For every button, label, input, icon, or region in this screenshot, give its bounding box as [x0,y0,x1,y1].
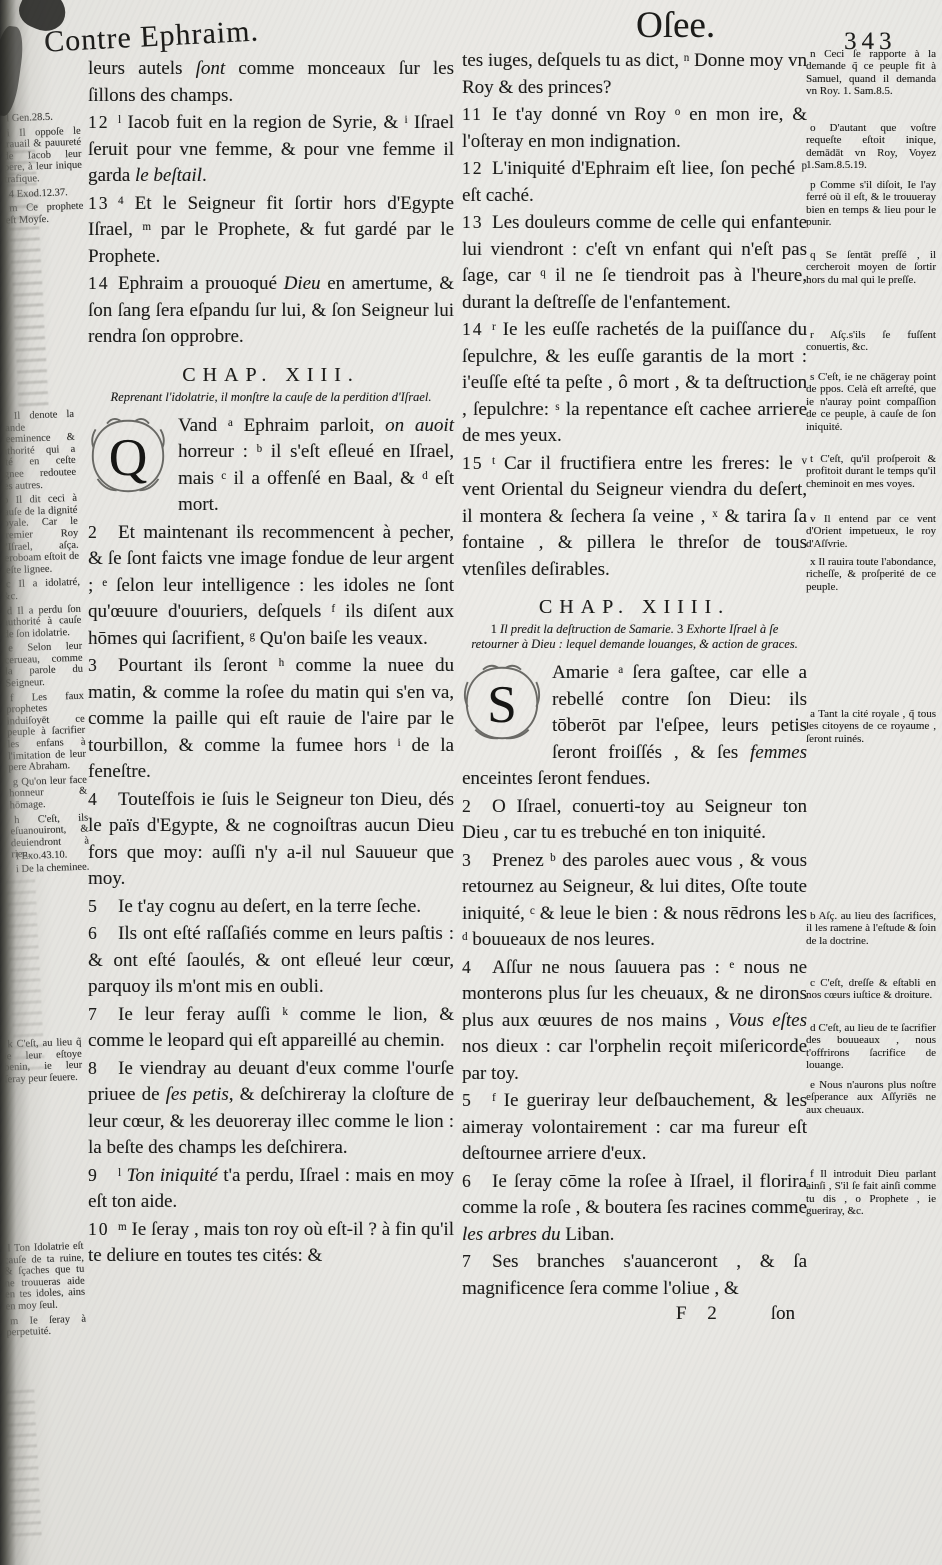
verse-number: 2 [88,519,118,546]
margin-note-e: e Selon leur cerueau, comme la parole du… [4,641,84,690]
signature-mark: F 2 [676,1303,725,1325]
verse-number: 13 [462,209,492,236]
verse-text: Ie t'ay donné vn Roy o en mon ire, & l'o… [462,104,807,152]
verse-13: 134 Et le Seigneur fit ſortir hors d'Egy… [88,190,454,271]
margin-note-d: d Il a perdu ſon authorité à cauſe de ſo… [3,603,82,640]
note-marker: f [806,1168,814,1180]
note-marker: s [806,371,814,383]
note-marker: d [806,1022,816,1034]
verse-number: 5 [88,893,118,920]
margin-note-q: q Se ſentāt preſſé , il cercheroit moyen… [806,249,936,286]
verse-7: 7Ie leur feray auſſi k comme le lion, & … [88,1001,454,1055]
chapter-14-argument: 1 Il predit la deſtruction de Samarie. 3… [468,622,801,652]
note-marker: d [3,606,13,617]
note-marker: b [0,495,8,506]
margin-note-c: c Il a idolatré, &c. [2,577,81,603]
note-marker: h [10,815,20,826]
verse-4: 4Aſſur ne nous ſauuera pas : e nous ne m… [462,954,807,1088]
dropcap-letter: Q [109,427,148,487]
verse-text: Ils ont eſté raſſaſiés comme en leurs pa… [88,923,454,997]
dropcap-ornament-q: Q [86,416,170,496]
verse-2: 2Et maintenant ils recommencent à pecher… [88,519,454,653]
verse-text: l Iacob fuit en la region de Syrie, & i … [88,112,454,186]
verse-number: 8 [88,1055,118,1082]
verse-number: 4 [462,954,492,981]
verse-number: 12 [88,109,118,136]
verses-chap13-end: tes iuges, deſquels tu as dict, n Donne … [462,48,807,583]
margin-note-b: b Il dit ceci à cauſe de la dignité roya… [0,493,80,577]
note-marker: e [4,643,13,654]
verse-number: 7 [88,1001,118,1028]
note-marker: k [3,1039,13,1050]
verse-number: 13 [88,190,118,217]
note-marker: f [6,693,14,704]
margin-note-s: s C'eſt, ie ne chāgeray point de ppos. C… [806,371,936,433]
verse-text: Ses branches s'auanceront , & ſa magnifi… [462,1251,807,1299]
verse-text: O Iſrael, conuerti-toy au Seigneur ton D… [462,796,807,844]
margin-note-l: l Ton Idolatrie eſt cauſe de ta ruine, &… [3,1241,85,1313]
margin-note-a: a Il denote la grande preeminence & auth… [0,409,77,493]
verse-1-chap13: Q Vand a Ephraim parloit, on auoit horre… [88,413,454,519]
note-marker: n [806,48,816,60]
margin-note-e: e Nous n'aurons plus noſtre eſperance au… [806,1079,936,1116]
margin-note-x: x Il rauira toute l'abondance, richeſſe,… [806,556,936,593]
note-marker: l [3,1243,10,1254]
main-column-left: leurs autels ſont comme monceaux ſur les… [88,56,454,1270]
gutter-ink-smudge [0,25,26,118]
verse-number: 3 [462,847,492,874]
verse-5: 5Ie t'ay cognu au deſert, en la terre ſe… [88,893,454,921]
verse-5: 5f Ie gueriray leur deſbauchement, & les… [462,1087,807,1168]
margin-note-t: t C'eſt, qu'il proſperoit & profitoit du… [806,453,936,490]
left-margin-note-reference: l Exo.43.10. [12,849,90,866]
catchword: ſon [771,1303,795,1325]
verse-number: 10 [88,1216,118,1243]
verse-text: 4 Et le Seigneur fit ſortir hors d'Egypt… [88,193,454,267]
verse-4: 4Touteſfois ie ſuis le Seigneur ton Dieu… [88,786,454,893]
chapter-13-heading: CHAP. XIII. [88,364,454,387]
note-marker: c [806,977,815,989]
verse-number: 14 [462,316,492,343]
chapter-13-argument: Reprenant l'idolatrie, il monſtre la cau… [94,390,448,405]
verse-number: 2 [462,793,492,820]
verse-text: Et maintenant ils recommencent à pecher,… [88,522,454,649]
verse-6: 6Ie ſeray cōme la roſee à Iſrael, il flo… [462,1168,807,1249]
verse-number: 7 [462,1248,492,1275]
verse-text: Ie viendray au deuant d'eux comme l'ourſ… [88,1058,454,1159]
margin-note-g: g Qu'on leur face honneur & hōmage. [9,774,88,811]
verse-text: Pourtant ils ſeront h comme la nuee du m… [88,655,454,782]
verse-text: Les douleurs comme de celle qui enfante … [462,212,807,313]
verse-text: tes iuges, deſquels tu as dict, n Donne … [462,50,807,98]
verse-text: leurs autels ſont comme monceaux ſur les… [88,58,454,106]
verses-chap14: 2O Iſrael, conuerti-toy au Seigneur ton … [462,793,807,1303]
verse-12: 12l Iacob fuit en la region de Syrie, & … [88,109,454,190]
margin-note-f: f Les faux prophetes induiſoyēt ce peupl… [6,690,87,774]
margin-note-f: f Il introduit Dieu parlant ainſi , S'il… [806,1168,936,1218]
verse-continuation: tes iuges, deſquels tu as dict, n Donne … [462,48,807,101]
note-marker: m [6,1316,19,1327]
verse-1-chap14: S Amarie a ſera gaſtee, car elle a rebel… [462,660,807,793]
verse-number: 12 [462,155,492,182]
note-marker: t [806,453,813,465]
verse-text: Aſſur ne nous ſauuera pas : e nous ne mo… [462,957,807,1084]
margin-note-r: r Aſç.s'ils ſe fuſſent conuertis, &c. [806,329,936,354]
margin-note-d: d C'eſt, au lieu de te ſacrifier des bou… [806,1022,936,1072]
margin-note-4: 4 Exod.12.37. [5,186,83,200]
verses-chap12-end: leurs autels ſont comme monceaux ſur les… [88,56,454,351]
note-marker: r [806,329,814,341]
note-marker: p [806,179,816,191]
verse-15: 15t Car il fructifiera entre les freres:… [462,450,807,584]
running-head-book-title: Oſee. [636,4,715,47]
verse-12: 12L'iniquité d'Ephraim eſt liee, ſon pec… [462,155,807,209]
verse-number: 5 [462,1087,492,1114]
verse-number: 3 [88,652,118,679]
verse-7: 7Ses branches s'auanceront , & ſa magnif… [462,1248,807,1302]
dropcap-letter: S [487,674,517,734]
verse-text: Ie ſeray cōme la roſee à Iſrael, il flor… [462,1171,807,1245]
verse-14: 14r Ie les euſſe rachetés de la puiſſanc… [462,316,807,450]
note-marker: i [3,128,10,139]
margin-note-l: l Gen.28.5. [2,111,80,125]
margin-note-o: o D'autant que voſtre requeſte eſtoit in… [806,122,936,172]
verse-text: Prenez b des paroles auec vous , & vous … [462,850,807,951]
gutter-bleed-marks [4,1389,42,1540]
verse-text: Vand a Ephraim parloit, on auoit horreur… [178,415,454,516]
signature-row: F 2 ſon [462,1303,807,1325]
note-marker: b [806,910,816,922]
verse-10: 10m Ie ſeray , mais ton roy où eſt-il ? … [88,1216,454,1270]
margin-note-i: i Il oppoſe le trauail & pauureté de Iac… [3,125,83,186]
note-marker: o [806,122,816,134]
note-marker: q [806,249,816,261]
verse-text: r Ie les euſſe rachetés de la puiſſance … [462,319,807,446]
margin-note-b: b Aſç. au lieu des ſacrifices, il les ra… [806,910,936,947]
verse-number: 15 [462,450,492,477]
note-marker: g [9,777,19,788]
margin-note-v: v Il entend par ce vent d'Orient impetue… [806,513,936,550]
verse-number: 11 [462,101,492,128]
note-marker: 4 [5,189,15,200]
left-margin-note-k: k C'eſt, au lieu q̃ ie leur eſtoye benin… [3,1037,83,1089]
left-margin-notes-chap12: l Gen.28.5.i Il oppoſe le trauail & pauu… [2,111,84,230]
verse-11: 11Ie t'ay donné vn Roy o en mon ire, & l… [462,101,807,155]
note-marker: a [806,708,815,720]
verses-chap13: 2Et maintenant ils recommencent à pecher… [88,519,454,1270]
verse-3: 3Pourtant ils ſeront h comme la nuee du … [88,652,454,786]
note-marker: m [5,203,18,214]
verse-continuation: leurs autels ſont comme monceaux ſur les… [88,56,454,109]
margin-note-m: m Ce prophete eſt Moyſe. [5,201,84,227]
verse-2: 2O Iſrael, conuerti-toy au Seigneur ton … [462,793,807,847]
note-marker: v [806,513,816,525]
verse-text: Touteſfois ie ſuis le Seigneur ton Dieu,… [88,789,454,890]
margin-note-a: a Tant la cité royale , q̃ tous les cito… [806,708,936,745]
note-marker: l [12,851,19,862]
note-marker: a [0,411,5,422]
right-margin-notes: n Ceci ſe rapporte à la demande q̃ ce pe… [806,0,936,1565]
verse-text: l Ton iniquité t'a perdu, Iſrael : mais … [88,1165,454,1213]
margin-note-c: c C'eſt, dreſſe & eſtabli en nos cœurs i… [806,977,936,1002]
note-marker: x [806,556,816,568]
verse-3: 3Prenez b des paroles auec vous , & vous… [462,847,807,954]
verse-text: L'iniquité d'Ephraim eſt liee, ſon peché… [462,158,807,206]
verse-text: Ie t'ay cognu au deſert, en la terre ſec… [118,896,421,917]
verse-text: t Car il fructifiera entre les freres: l… [462,453,807,580]
running-head-left: Contre Ephraim. [43,14,259,59]
verse-14: 14Ephraim a prouoqué Dieu en amertume, &… [88,270,454,351]
margin-note-k: k C'eſt, au lieu q̃ ie leur eſtoye benin… [3,1037,83,1086]
verse-8: 8Ie viendray au deuant d'eux comme l'our… [88,1055,454,1162]
margin-note-m: m Ie ſeray à perpetuité. [6,1313,87,1339]
verse-number: 9 [88,1162,118,1189]
main-column-right: tes iuges, deſquels tu as dict, n Donne … [462,48,807,1325]
verse-9: 9l Ton iniquité t'a perdu, Iſrael : mais… [88,1162,454,1216]
verse-text: Ephraim a prouoqué Dieu en amertume, & ſ… [88,273,454,347]
verse-text: Ie leur feray auſſi k comme le lion, & c… [88,1004,454,1052]
verse-number: 6 [88,920,118,947]
scanned-bible-page: Contre Ephraim. Oſee. 343 leurs autels ſ… [0,0,942,1565]
verse-6: 6Ils ont eſté raſſaſiés comme en leurs p… [88,920,454,1001]
verse-text: f Ie gueriray leur deſbauchement, & les … [462,1090,807,1164]
note-marker: c [2,579,11,590]
left-margin-notes-verse9: l Ton Idolatrie eſt cauſe de ta ruine, &… [3,1241,86,1342]
dropcap-ornament-s: S [460,663,544,743]
margin-note-p: p Comme s'il diſoit, Ie l'ay ferré où il… [806,179,936,229]
left-margin-notes-chap13: a Il denote la grande preeminence & auth… [0,409,90,879]
chapter-14-heading: CHAP. XIIII. [462,596,807,619]
page-number: 343 [844,28,897,56]
note-marker: e [806,1079,815,1091]
verse-number: 4 [88,786,118,813]
verse-text: m Ie ſeray , mais ton roy où eſt-il ? à … [88,1219,454,1267]
verse-number: 14 [88,270,118,297]
verse-13: 13Les douleurs comme de celle qui enfant… [462,209,807,316]
margin-note-l: l Exo.43.10. [12,849,90,863]
verse-number: 6 [462,1168,492,1195]
